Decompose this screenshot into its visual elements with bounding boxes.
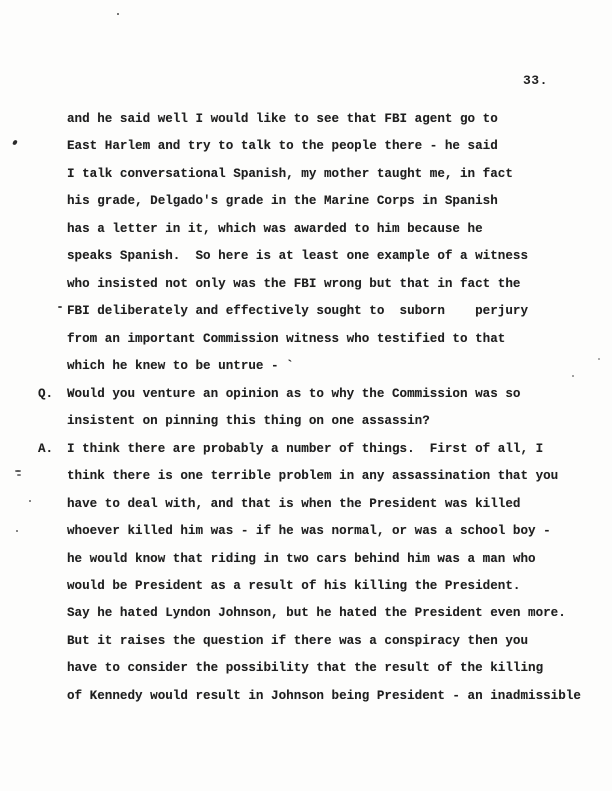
document-page: 33. and he said well I would like to see… — [0, 0, 612, 791]
scan-speck — [598, 358, 600, 360]
scan-speck — [58, 306, 62, 308]
line-text: his grade, Delgado's grade in the Marine… — [67, 188, 498, 215]
transcript-line: A. I think there are probably a number o… — [0, 436, 612, 463]
transcript-line: have to consider the possibility that th… — [0, 655, 612, 682]
line-text: I think there are probably a number of t… — [67, 436, 543, 463]
line-text: think there is one terrible problem in a… — [67, 463, 558, 490]
line-text: Say he hated Lyndon Johnson, but he hate… — [67, 600, 566, 627]
transcript-line: from an important Commission witness who… — [0, 326, 612, 353]
transcript-line: whoever killed him was - if he was norma… — [0, 518, 612, 545]
transcript-line: and he said well I would like to see tha… — [0, 106, 612, 133]
line-text: have to deal with, and that is when the … — [67, 491, 520, 518]
transcript-line: think there is one terrible problem in a… — [0, 463, 612, 490]
scan-speck — [572, 375, 574, 377]
line-text: has a letter in it, which was awarded to… — [67, 216, 483, 243]
line-text: would be President as a result of his ki… — [67, 573, 520, 600]
transcript-line: he would know that riding in two cars be… — [0, 546, 612, 573]
line-text: East Harlem and try to talk to the peopl… — [67, 133, 498, 160]
transcript-line: Q. Would you venture an opinion as to wh… — [0, 381, 612, 408]
line-text: from an important Commission witness who… — [67, 326, 505, 353]
transcript-line: of Kennedy would result in Johnson being… — [0, 683, 612, 710]
line-text: Would you venture an opinion as to why t… — [67, 381, 520, 408]
transcript-line: his grade, Delgado's grade in the Marine… — [0, 188, 612, 215]
transcript: and he said well I would like to see tha… — [0, 106, 612, 710]
speaker-label: Q. — [38, 381, 53, 408]
transcript-line: insistent on pinning this thing on one a… — [0, 408, 612, 435]
line-text: have to consider the possibility that th… — [67, 655, 543, 682]
line-text: FBI deliberately and effectively sought … — [67, 298, 528, 325]
line-text: whoever killed him was - if he was norma… — [67, 518, 551, 545]
scan-speck — [15, 470, 21, 472]
transcript-line: I talk conversational Spanish, my mother… — [0, 161, 612, 188]
page-number: 33. — [523, 73, 548, 88]
transcript-line: would be President as a result of his ki… — [0, 573, 612, 600]
scan-speck — [117, 13, 119, 15]
transcript-line: speaks Spanish. So here is at least one … — [0, 243, 612, 270]
transcript-line: East Harlem and try to talk to the peopl… — [0, 133, 612, 160]
transcript-line: which he knew to be untrue - ` — [0, 353, 612, 380]
scan-speck — [29, 500, 31, 502]
scan-speck — [17, 474, 21, 476]
transcript-line: who insisted not only was the FBI wrong … — [0, 271, 612, 298]
line-text: he would know that riding in two cars be… — [67, 546, 536, 573]
line-text: who insisted not only was the FBI wrong … — [67, 271, 520, 298]
transcript-line: Say he hated Lyndon Johnson, but he hate… — [0, 600, 612, 627]
line-text: I talk conversational Spanish, my mother… — [67, 161, 513, 188]
transcript-line: have to deal with, and that is when the … — [0, 491, 612, 518]
line-text: and he said well I would like to see tha… — [67, 106, 498, 133]
line-text: of Kennedy would result in Johnson being… — [67, 683, 581, 710]
transcript-line: has a letter in it, which was awarded to… — [0, 216, 612, 243]
line-text: which he knew to be untrue - ` — [67, 353, 294, 380]
speaker-label: A. — [38, 436, 53, 463]
line-text: But it raises the question if there was … — [67, 628, 528, 655]
transcript-line: But it raises the question if there was … — [0, 628, 612, 655]
line-text: insistent on pinning this thing on one a… — [67, 408, 430, 435]
line-text: speaks Spanish. So here is at least one … — [67, 243, 528, 270]
transcript-line: FBI deliberately and effectively sought … — [0, 298, 612, 325]
scan-speck — [16, 530, 18, 532]
